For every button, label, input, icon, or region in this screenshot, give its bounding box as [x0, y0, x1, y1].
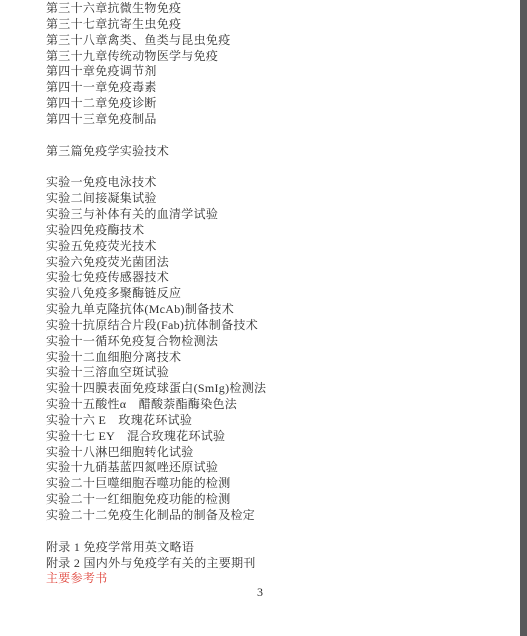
document-page: 第三十六章抗微生物免疫 第三十七章抗寄生虫免疫 第三十八章禽类、鱼类与昆虫免疫 …	[0, 0, 520, 636]
experiment-entry: 实验三与补体有关的血清学试验	[46, 207, 506, 223]
chapter-entry: 第四十二章免疫诊断	[46, 96, 506, 112]
experiment-entry: 实验四免疫酶技术	[46, 223, 506, 239]
chapter-entry: 第三十九章传统动物医学与免疫	[46, 49, 506, 65]
chapter-entry: 第四十一章免疫毒素	[46, 80, 506, 96]
experiment-entry: 实验十六 E 玫瑰花环试验	[46, 413, 506, 429]
page-edge-background	[520, 0, 527, 636]
section-title: 第三篇免疫学实验技术	[46, 144, 506, 160]
experiment-entry: 实验五免疫荧光技术	[46, 239, 506, 255]
page-number: 3	[0, 585, 520, 601]
spacer	[46, 128, 506, 144]
experiment-entry: 实验六免疫荧光菌团法	[46, 255, 506, 271]
spacer	[46, 159, 506, 175]
spacer	[46, 524, 506, 540]
chapter-entry: 第三十七章抗寄生虫免疫	[46, 17, 506, 33]
chapter-entry: 第四十三章免疫制品	[46, 112, 506, 128]
experiment-entry: 实验二十二免疫生化制品的制备及检定	[46, 508, 506, 524]
appendix-entry: 附录 2 国内外与免疫学有关的主要期刊	[46, 556, 506, 572]
experiment-entry: 实验十七 EY 混合玫瑰花环试验	[46, 429, 506, 445]
chapter-entry: 第三十八章禽类、鱼类与昆虫免疫	[46, 33, 506, 49]
table-of-contents: 第三十六章抗微生物免疫 第三十七章抗寄生虫免疫 第三十八章禽类、鱼类与昆虫免疫 …	[46, 1, 506, 587]
experiment-entry: 实验二十巨噬细胞吞噬功能的检测	[46, 476, 506, 492]
experiment-entry: 实验十抗原结合片段(Fab)抗体制备技术	[46, 318, 506, 334]
experiment-entry: 实验十八淋巴细胞转化试验	[46, 445, 506, 461]
experiment-entry: 实验七免疫传感器技术	[46, 270, 506, 286]
chapter-entry: 第三十六章抗微生物免疫	[46, 1, 506, 17]
experiment-entry: 实验十三溶血空斑试验	[46, 365, 506, 381]
experiment-entry: 实验一免疫电泳技术	[46, 175, 506, 191]
experiment-entry: 实验二间接凝集试验	[46, 191, 506, 207]
experiment-entry: 实验十九硝基蓝四氮唑还原试验	[46, 460, 506, 476]
experiment-entry: 实验十五酸性α 醋酸萘酯酶染色法	[46, 397, 506, 413]
experiment-entry: 实验十一循环免疫复合物检测法	[46, 334, 506, 350]
experiment-entry: 实验十二血细胞分离技术	[46, 350, 506, 366]
experiment-entry: 实验十四膜表面免疫球蛋白(SmIg)检测法	[46, 381, 506, 397]
experiment-entry: 实验九单克隆抗体(McAb)制备技术	[46, 302, 506, 318]
experiment-entry: 实验八免疫多聚酶链反应	[46, 286, 506, 302]
appendix-entry: 附录 1 免疫学常用英文略语	[46, 540, 506, 556]
experiment-entry: 实验二十一红细胞免疫功能的检测	[46, 492, 506, 508]
chapter-entry: 第四十章免疫调节剂	[46, 64, 506, 80]
